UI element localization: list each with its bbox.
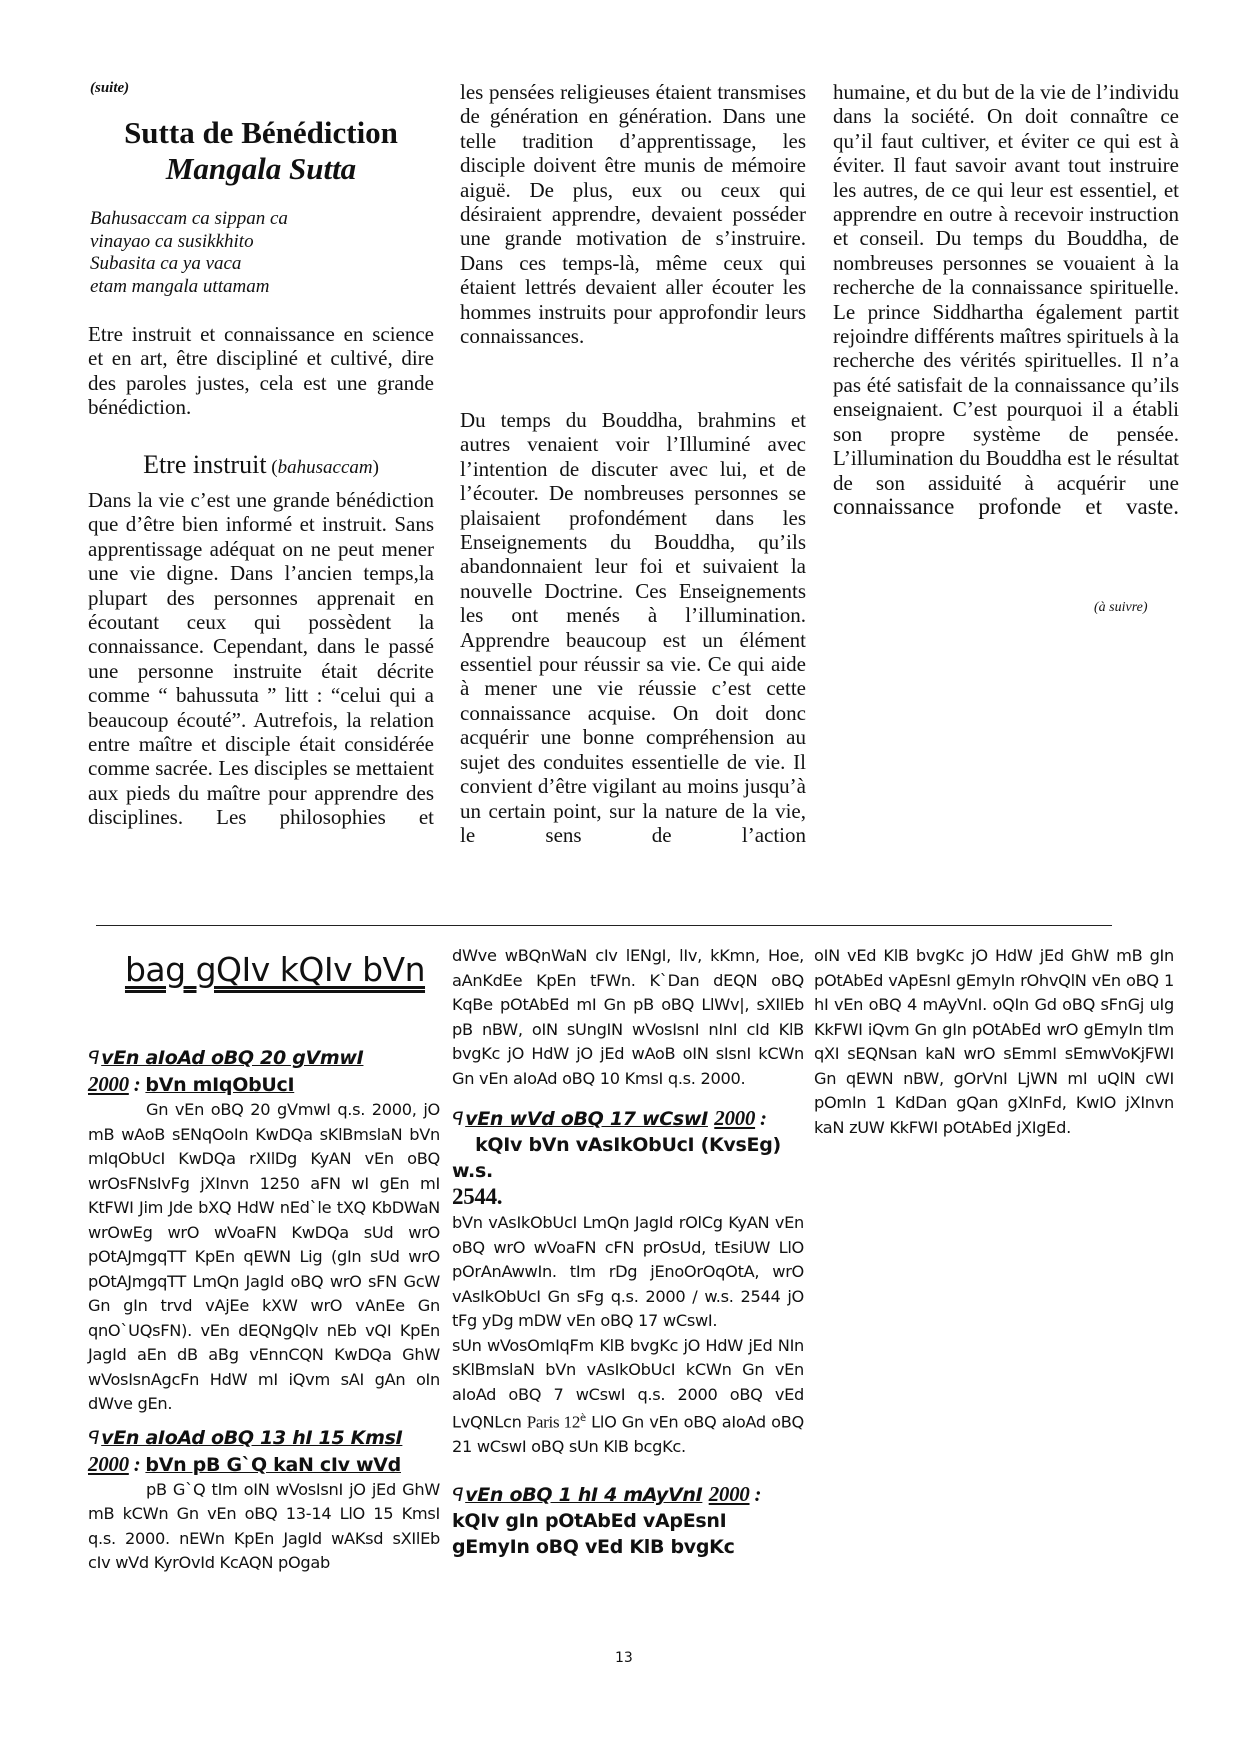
news-heading-4: ꟼvEn oBQ 1 hI 4 mAyVnI 2000 : kQIv gIn p… (452, 1481, 804, 1560)
subheading-main: Etre instruit (143, 450, 266, 479)
to-be-continued-label: (à suivre) (1094, 600, 1148, 616)
heading-date: vEn wVd oBQ 17 wCswI (465, 1108, 708, 1130)
heading-colon: : (129, 1452, 146, 1476)
heading-subject: bVn pB G`Q kaN cIv wVd (145, 1454, 401, 1476)
news-heading-3: ꟼvEn wVd oBQ 17 wCswI 2000 : kQIv bVn vA… (452, 1105, 804, 1211)
section-subheading: Etre instruit (bahusaccam) (88, 450, 434, 480)
article-title-pali: Mangala Sutta (88, 151, 434, 187)
column2-paragraph-2: Du temps du Bouddha, brahmins et autres … (460, 408, 806, 847)
news-body-3b: sUn wVosOmIqFm KlB bvgKc jO HdW jEd NIn … (452, 1334, 804, 1460)
heading-colon: : (750, 1482, 762, 1506)
section-divider (96, 925, 1112, 926)
bottom-section-title: bag gQIv kQIv bVn (120, 950, 430, 989)
news-body-1: Gn vEn oBQ 20 gVmwI q.s. 2000, jO mB wAo… (88, 1098, 440, 1417)
article-title: Sutta de Bénédiction Mangala Sutta (88, 115, 434, 187)
verse-line: etam mangala uttamam (90, 276, 288, 299)
flag-icon: ꟼ (88, 1047, 99, 1069)
flag-icon: ꟼ (452, 1108, 463, 1130)
news-body-col3: oIN vEd KlB bvgKc jO HdW jEd GhW mB gIn … (814, 944, 1174, 1140)
news-body-3a: bVn vAsIkObUcI LmQn JagId rOlCg KyAN vEn… (452, 1211, 804, 1334)
heading-year: 2000 (88, 1452, 129, 1476)
continued-label: (suite) (90, 80, 129, 97)
column3-last-line: connaissance profonde et vaste. (833, 495, 1179, 519)
subheading-paren: ) (373, 457, 379, 478)
page-number: 13 (615, 1650, 633, 1666)
heading-date: vEn oBQ 1 hI 4 mAyVnI (465, 1484, 702, 1506)
column2-paragraph-1: les pensées religieuses étaient transmis… (460, 80, 806, 348)
column1-paragraph: Dans la vie c’est une grande bénédiction… (88, 488, 434, 830)
news-body-continuation: dWve wBQnWaN cIv lENgI, lIv, kKmn, Hoe, … (452, 944, 804, 1091)
bottom-column-2: dWve wBQnWaN cIv lENgI, lIv, kKmn, Hoe, … (452, 944, 804, 1560)
verse-line: Subasita ca ya vaca (90, 253, 288, 276)
flag-icon: ꟼ (88, 1427, 99, 1449)
article-title-french: Sutta de Bénédiction (124, 115, 398, 150)
heading-colon: : (755, 1106, 767, 1130)
heading-subject: kQIv bVn vAsIkObUcI (KvsEg) w.s. (452, 1134, 781, 1182)
heading-subject: kQIv gIn pOtAbEd vApEsnI (452, 1510, 726, 1532)
body-text-paris: Paris 12 (527, 1412, 580, 1431)
news-heading-1: ꟼvEn aIoAd oBQ 20 gVmwI 2000 : bVn mIqOb… (88, 1045, 440, 1098)
heading-subject-year: 2544. (452, 1184, 502, 1209)
bottom-column-3: oIN vEd KlB bvgKc jO HdW jEd GhW mB gIn … (814, 944, 1174, 1140)
heading-colon: : (129, 1072, 146, 1096)
column3: humaine, et du but de la vie de l’indivi… (833, 80, 1179, 519)
heading-date: vEn aIoAd oBQ 20 gVmwI (101, 1047, 363, 1069)
news-body-2: pB G`Q tIm oIN wVosIsnI jO jEd GhW mB kC… (88, 1478, 440, 1576)
heading-year: 2000 (714, 1106, 755, 1130)
subheading-pali: bahusaccam (278, 457, 373, 478)
verse-line: Bahusaccam ca sippan ca (90, 208, 288, 231)
heading-date: vEn aIoAd oBQ 13 hI 15 KmsI (101, 1427, 402, 1449)
verse-line: vinayao ca susikkhito (90, 231, 288, 254)
verse-translation: Etre instruit et connaissance en science… (88, 322, 434, 420)
heading-year: 2000 (709, 1482, 750, 1506)
column3-paragraph: humaine, et du but de la vie de l’indivi… (833, 80, 1179, 495)
heading-subject: bVn mIqObUcI (145, 1074, 294, 1096)
flag-icon: ꟼ (452, 1484, 463, 1506)
heading-subject: gEmyIn oBQ vEd KlB bvgKc (452, 1536, 735, 1558)
pali-verse: Bahusaccam ca sippan ca vinayao ca susik… (90, 208, 288, 298)
heading-year: 2000 (88, 1072, 129, 1096)
bottom-column-1: ꟼvEn aIoAd oBQ 20 gVmwI 2000 : bVn mIqOb… (88, 1045, 440, 1576)
news-heading-2: ꟼvEn aIoAd oBQ 13 hI 15 KmsI 2000 : bVn … (88, 1425, 440, 1478)
subheading-paren: ( (267, 457, 278, 478)
